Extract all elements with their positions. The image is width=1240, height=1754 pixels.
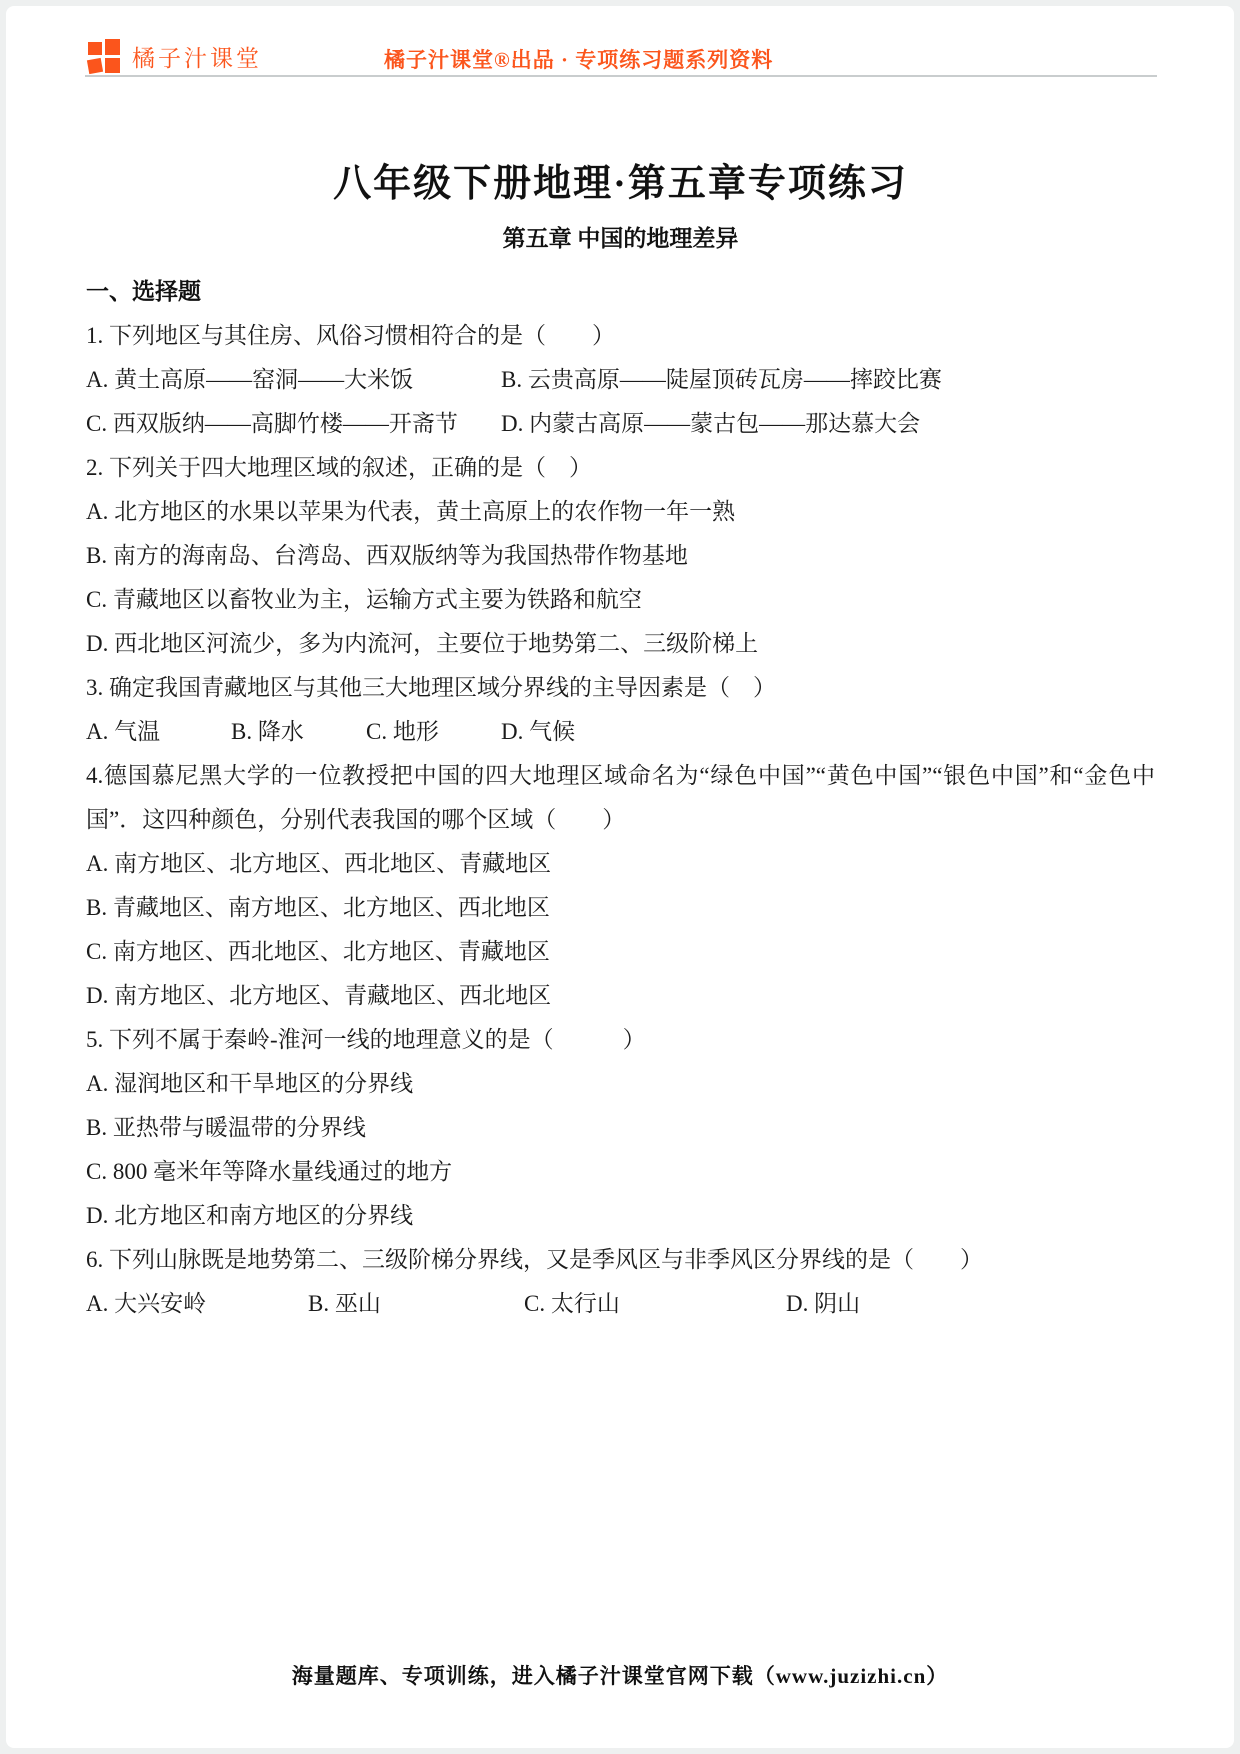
question-6-option-a: A. 大兴安岭 [86,1282,308,1326]
question-4-option-d: D. 南方地区、北方地区、青藏地区、西北地区 [86,974,1155,1018]
question-2: 2. 下列关于四大地理区域的叙述，正确的是（ ） A. 北方地区的水果以苹果为代… [86,446,1155,666]
question-5: 5. 下列不属于秦岭-淮河一线的地理意义的是（ ） A. 湿润地区和干旱地区的分… [86,1018,1155,1238]
question-6-option-b: B. 巫山 [308,1282,524,1326]
question-5-option-a: A. 湿润地区和干旱地区的分界线 [86,1062,1155,1106]
header-divider [85,75,1157,77]
question-5-option-b: B. 亚热带与暖温带的分界线 [86,1106,1155,1150]
question-2-options: A. 北方地区的水果以苹果为代表，黄土高原上的农作物一年一熟 B. 南方的海南岛… [86,490,1155,666]
question-2-option-d: D. 西北地区河流少，多为内流河，主要位于地势第二、三级阶梯上 [86,622,1155,666]
question-4-options: A. 南方地区、北方地区、西北地区、青藏地区 B. 青藏地区、南方地区、北方地区… [86,842,1155,1018]
page-header: 橘子汁课堂 橘子汁课堂®出品 · 专项练习题系列资料 [6,6,1234,78]
question-1-option-c: C. 西双版纳——高脚竹楼——开斋节 [86,402,501,446]
header-tagline: 橘子汁课堂®出品 · 专项练习题系列资料 [384,44,773,74]
section-heading: 一、选择题 [86,270,1155,314]
question-3-options: A. 气温 B. 降水 C. 地形 D. 气候 [86,710,1155,754]
question-3: 3. 确定我国青藏地区与其他三大地理区域分界线的主导因素是（ ） A. 气温 B… [86,666,1155,754]
document-body: 八年级下册地理·第五章专项练习 第五章 中国的地理差异 一、选择题 1. 下列地… [6,160,1234,1326]
question-5-option-c: C. 800 毫米年等降水量线通过的地方 [86,1150,1155,1194]
page-subtitle: 第五章 中国的地理差异 [86,222,1155,256]
page-footer: 海量题库、专项训练，进入橘子汁课堂官网下载（www.juzizhi.cn） [6,1660,1234,1690]
question-4: 4.德国慕尼黑大学的一位教授把中国的四大地理区域命名为“绿色中国”“黄色中国”“… [86,754,1155,1018]
question-2-option-b: B. 南方的海南岛、台湾岛、西双版纳等为我国热带作物基地 [86,534,1155,578]
question-6: 6. 下列山脉既是地势第二、三级阶梯分界线，又是季风区与非季风区分界线的是（ ）… [86,1238,1155,1326]
question-2-option-c: C. 青藏地区以畜牧业为主，运输方式主要为铁路和航空 [86,578,1155,622]
question-2-stem: 2. 下列关于四大地理区域的叙述，正确的是（ ） [86,446,1155,490]
question-1-option-d: D. 内蒙古高原——蒙古包——那达慕大会 [501,402,1155,446]
question-3-option-a: A. 气温 [86,710,231,754]
question-4-stem: 4.德国慕尼黑大学的一位教授把中国的四大地理区域命名为“绿色中国”“黄色中国”“… [86,754,1155,842]
question-1-option-b: B. 云贵高原——陡屋顶砖瓦房——摔跤比赛 [501,358,1155,402]
question-6-option-c: C. 太行山 [524,1282,786,1326]
brand-logo-text: 橘子汁课堂 [132,40,262,73]
question-6-options: A. 大兴安岭 B. 巫山 C. 太行山 D. 阴山 [86,1282,1155,1326]
question-6-stem: 6. 下列山脉既是地势第二、三级阶梯分界线，又是季风区与非季风区分界线的是（ ） [86,1238,1155,1282]
question-3-option-c: C. 地形 [366,710,501,754]
question-3-option-d: D. 气候 [501,710,575,754]
question-5-options: A. 湿润地区和干旱地区的分界线 B. 亚热带与暖温带的分界线 C. 800 毫… [86,1062,1155,1238]
brand-logo-icon [86,38,123,75]
question-4-option-a: A. 南方地区、北方地区、西北地区、青藏地区 [86,842,1155,886]
question-6-option-d: D. 阴山 [786,1282,860,1326]
question-1-stem: 1. 下列地区与其住房、风俗习惯相符合的是（ ） [86,314,1155,358]
question-3-stem: 3. 确定我国青藏地区与其他三大地理区域分界线的主导因素是（ ） [86,666,1155,710]
question-1: 1. 下列地区与其住房、风俗习惯相符合的是（ ） A. 黄土高原——窑洞——大米… [86,314,1155,446]
question-2-option-a: A. 北方地区的水果以苹果为代表，黄土高原上的农作物一年一熟 [86,490,1155,534]
page-title: 八年级下册地理·第五章专项练习 [86,160,1155,208]
question-4-option-c: C. 南方地区、西北地区、北方地区、青藏地区 [86,930,1155,974]
question-1-option-a: A. 黄土高原——窑洞——大米饭 [86,358,501,402]
question-4-option-b: B. 青藏地区、南方地区、北方地区、西北地区 [86,886,1155,930]
document-page: 橘子汁课堂 橘子汁课堂®出品 · 专项练习题系列资料 八年级下册地理·第五章专项… [6,6,1234,1748]
question-5-option-d: D. 北方地区和南方地区的分界线 [86,1194,1155,1238]
question-1-options: A. 黄土高原——窑洞——大米饭 B. 云贵高原——陡屋顶砖瓦房——摔跤比赛 C… [86,358,1155,446]
question-5-stem: 5. 下列不属于秦岭-淮河一线的地理意义的是（ ） [86,1018,1155,1062]
brand-logo: 橘子汁课堂 [86,38,262,75]
question-3-option-b: B. 降水 [231,710,366,754]
